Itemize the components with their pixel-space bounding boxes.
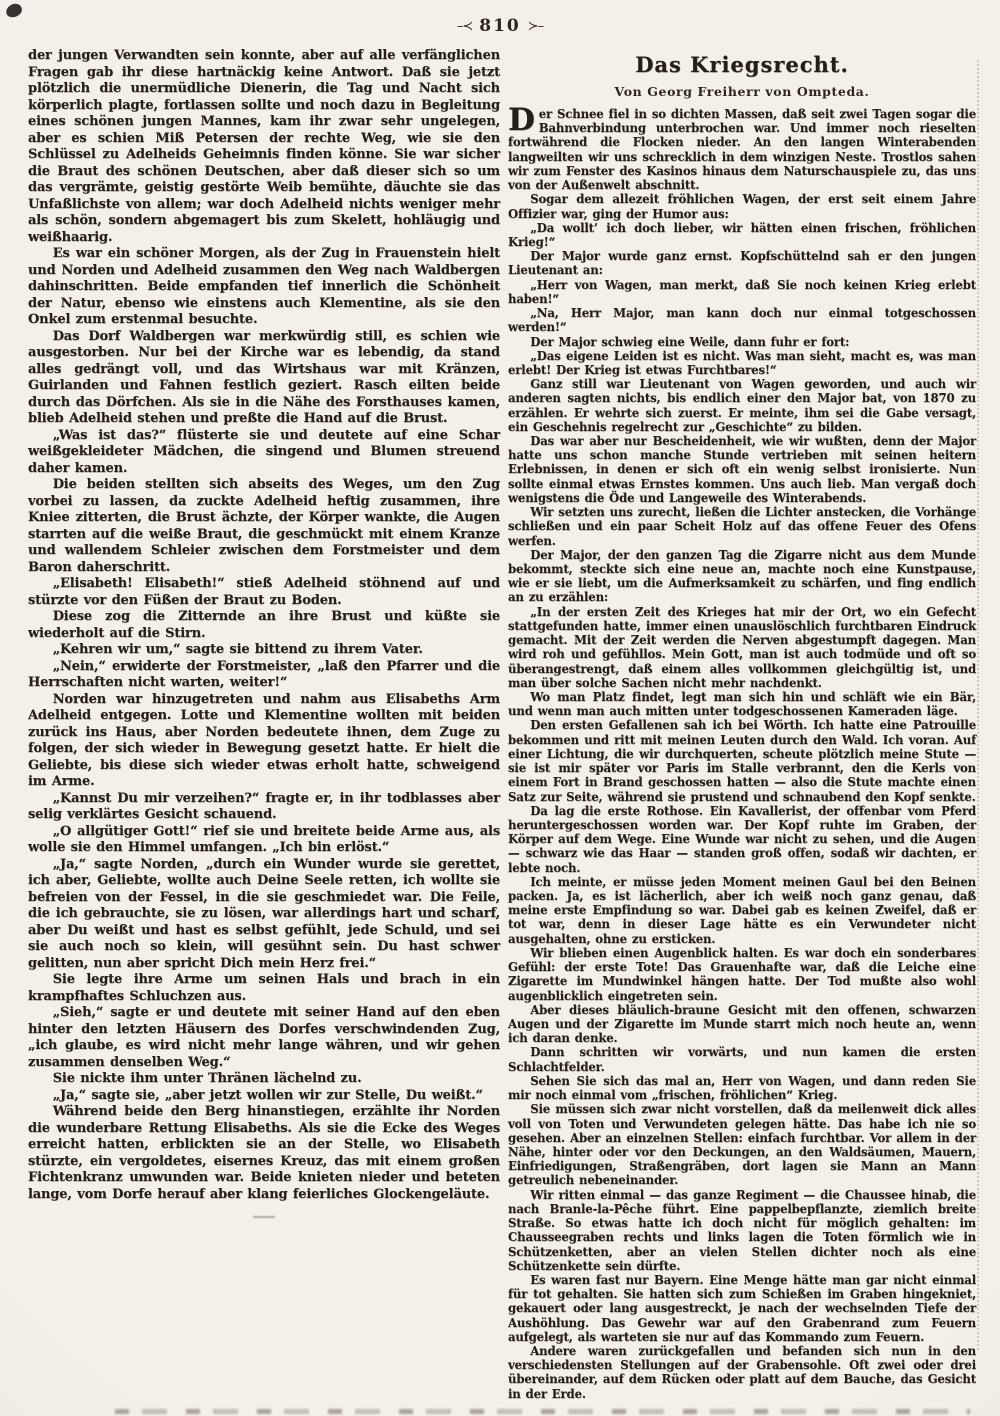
paragraph: Aber dieses bläulich-braune Gesicht mit … bbox=[508, 1003, 976, 1046]
running-head: –≺810≻– bbox=[0, 16, 1000, 36]
paragraph: Der Major, der den ganzen Tag die Zigarr… bbox=[508, 548, 976, 605]
paragraph: „Das eigene Leiden ist es nicht. Was man… bbox=[508, 349, 976, 377]
paragraph: „Da wollt’ ich doch lieber, wir hätten e… bbox=[508, 221, 976, 249]
paragraph: Der Major wurde ganz ernst. Kopfschüttel… bbox=[508, 249, 976, 277]
paragraph: „O allgütiger Gott!“ rief sie und breite… bbox=[28, 824, 500, 857]
paragraph: Sie müssen sich zwar nicht vorstellen, d… bbox=[508, 1102, 976, 1187]
paragraph: „Elisabeth! Elisabeth!“ stieß Adelheid s… bbox=[28, 576, 500, 609]
paragraph: „Kehren wir um,“ sagte sie bittend zu ih… bbox=[28, 642, 500, 659]
paragraph: „Was ist das?“ flüsterte sie und deutete… bbox=[28, 428, 500, 478]
paragraph: Wir ritten einmal — das ganze Regiment —… bbox=[508, 1188, 976, 1273]
paragraph: Wir blieben einen Augenblick halten. Es … bbox=[508, 946, 976, 1003]
right-text-column: Das Kriegsrecht. Von Georg Freiherr von … bbox=[508, 52, 976, 1401]
paragraph: Während beide den Berg hinanstiegen, erz… bbox=[28, 1104, 500, 1203]
end-of-article-separator bbox=[253, 1216, 275, 1218]
paragraph: Sie nickte ihm unter Thränen lächelnd zu… bbox=[28, 1071, 500, 1088]
left-column-paragraphs: Es war ein schöner Morgen, als der Zug i… bbox=[28, 246, 500, 1203]
paragraph: Dann schritten wir vorwärts, und nun kam… bbox=[508, 1045, 976, 1073]
paragraph: Wir setzten uns zurecht, ließen die Lich… bbox=[508, 505, 976, 548]
paragraph: Den ersten Gefallenen sah ich bei Wörth.… bbox=[508, 718, 976, 803]
paragraph: Es war ein schöner Morgen, als der Zug i… bbox=[28, 246, 500, 329]
paragraph: „Sieh,“ sagte er und deutete mit seiner … bbox=[28, 1005, 500, 1071]
bleed-through-marks bbox=[115, 1409, 970, 1414]
page-edge-scan-line bbox=[977, 60, 979, 1350]
paragraph: Sogar dem allezeit fröhlichen Wagen, der… bbox=[508, 192, 976, 220]
paragraph: Die beiden stellten sich abseits des Weg… bbox=[28, 477, 500, 576]
article-title: Das Kriegsrecht. bbox=[508, 52, 976, 77]
article-paragraphs: Sogar dem allezeit fröhlichen Wagen, der… bbox=[508, 192, 976, 1401]
paragraph: „Kannst Du mir verzeihen?“ fragte er, in… bbox=[28, 791, 500, 824]
paragraph: „Ja,“ sagte Norden, „durch ein Wunder wu… bbox=[28, 857, 500, 973]
paragraph: Das Dorf Waldbergen war merkwürdig still… bbox=[28, 329, 500, 428]
continuation-paragraph: der jungen Verwandten sein konnte, aber … bbox=[28, 48, 500, 246]
drop-cap: D bbox=[508, 107, 539, 133]
paragraph: Andere waren zurückgefallen und befanden… bbox=[508, 1344, 976, 1401]
article-byline: Von Georg Freiherr von Ompteda. bbox=[508, 84, 976, 99]
lead-paragraph: Der Schnee fiel in so dichten Massen, da… bbox=[508, 107, 976, 192]
paragraph: Norden war hinzugetreten und nahm aus El… bbox=[28, 692, 500, 791]
paragraph: Sie legte ihre Arme um seinen Hals und b… bbox=[28, 972, 500, 1005]
paragraph: Da lag die erste Rothose. Ein Kavalleris… bbox=[508, 804, 976, 875]
paragraph: Sehen Sie sich das mal an, Herr von Wage… bbox=[508, 1074, 976, 1102]
paragraph: „Na, Herr Major, man kann doch nur einma… bbox=[508, 306, 976, 334]
paragraph: Ganz still war Lieutenant von Wagen gewo… bbox=[508, 377, 976, 434]
left-text-column: der jungen Verwandten sein konnte, aber … bbox=[28, 48, 500, 1218]
paragraph: „In der ersten Zeit des Krieges hat mir … bbox=[508, 605, 976, 690]
paragraph: „Ja,“ sagte sie, „aber jetzt wollen wir … bbox=[28, 1088, 500, 1105]
paragraph: Diese zog die Zitternde an ihre Brust un… bbox=[28, 609, 500, 642]
paragraph: Ich meinte, er müsse jeden Moment meinen… bbox=[508, 875, 976, 946]
paragraph: Wo man Platz findet, legt man sich hin u… bbox=[508, 690, 976, 718]
paragraph: Das war aber nur Bescheidenheit, wie wir… bbox=[508, 434, 976, 505]
scanned-magazine-page: –≺810≻– der jungen Verwandten sein konnt… bbox=[0, 0, 1000, 1416]
paragraph: Es waren fast nur Bayern. Eine Menge hät… bbox=[508, 1273, 976, 1344]
page-number: 810 bbox=[479, 16, 521, 36]
paragraph: Der Major schwieg eine Weile, dann fuhr … bbox=[508, 335, 976, 349]
header-ornament-left: –≺ bbox=[450, 19, 479, 34]
header-ornament-right: ≻– bbox=[521, 19, 550, 34]
lead-paragraph-text: er Schnee fiel in so dichten Massen, daß… bbox=[508, 107, 976, 192]
paragraph: „Herr von Wagen, man merkt, daß Sie noch… bbox=[508, 278, 976, 306]
paragraph: „Nein,“ erwiderte der Forstmeister, „laß… bbox=[28, 659, 500, 692]
